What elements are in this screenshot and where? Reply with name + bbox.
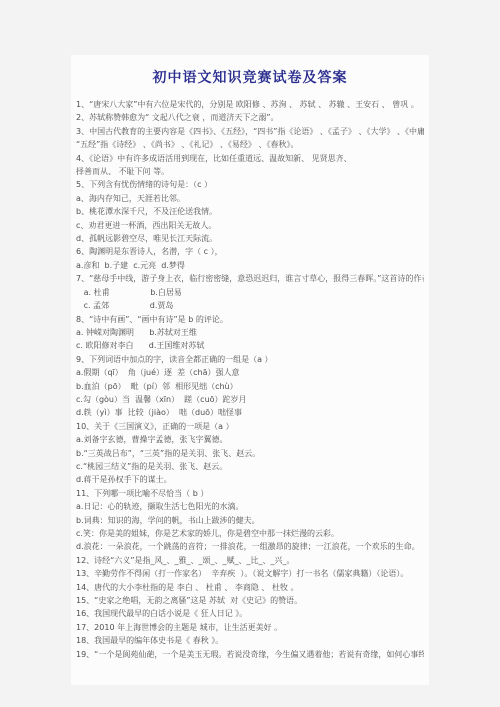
text-line: 14、唐代的大小李杜指的是 李白 、 杜甫 、 李商隐 、 杜牧 。 (76, 581, 424, 594)
text-line: c.笑：你是美的姐妹，你是艺术家的娇儿，你是碧空中那一抹烂漫的云彩。 (76, 527, 424, 540)
text-line: 9、下列词语中加点的字，读音全都正确的一组是（a ） (76, 353, 424, 366)
text-line: c.勾（gòu）当 温馨（xīn） 蹉（cuō）跎岁月 (76, 393, 424, 406)
text-line: 1、“唐宋八大家”中有六位是宋代的，分别是 欧阳修 、苏洵 、 苏轼 、 苏辙 … (76, 98, 424, 111)
text-line: b.“三英战吕布”，“三英”指的是关羽、张飞、赵云。 (76, 447, 424, 460)
text-line: d.浪花：一朵浪花，一个跳荡的音符；一排浪花，一组激昂的旋律；一江浪花，一个欢乐… (76, 540, 424, 553)
text-line: 3、中国古代教育的主要内容是《四书》、《五经》，“四书”指《论语》 、《孟子》 … (76, 125, 424, 138)
text-line: 6、陶渊明是东晋诗人，名潜，字（ c ）， (76, 245, 424, 258)
text-line: “五经”指《诗经》 、《尚书》 、《礼记》 、《易经》 、《春秋》。 (76, 138, 424, 151)
text-line: c. 欧阳修对李白 d.王国维对苏轼 (76, 339, 424, 352)
text-line: a.彦和 b.子建 c.元亮 d.梦得 (76, 259, 424, 272)
text-line: 7、“慈母手中线，游子身上衣，临行密密缝，意恐迟迟归，谁言寸草心，报得三春晖。”… (76, 272, 424, 285)
text-line: d、孤帆远影碧空尽，唯见长江天际流。 (76, 232, 424, 245)
text-line: c.“桃园三结义”指的是关羽、张飞、赵云。 (76, 460, 424, 473)
text-line: a、海内存知己，天涯若比邻。 (76, 192, 424, 205)
text-line: a.假期（qī） 角（jué）逐 差（chā）强人意 (76, 366, 424, 379)
text-line: a. 钟嵘对陶渊明 b.苏轼对王维 (76, 326, 424, 339)
page-title: 初中语文知识竞赛试卷及答案 (76, 67, 424, 87)
text-line: 15、“史家之绝唱，无韵之离骚”这是 苏轼 对《史记》的赞语。 (76, 594, 424, 607)
document-body: 1、“唐宋八大家”中有六位是宋代的，分别是 欧阳修 、苏洵 、 苏轼 、 苏辙 … (76, 98, 424, 661)
text-line: 2、苏轼称赞韩愈为“ 文起八代之衰 ，而道济天下之溺”。 (76, 111, 424, 124)
text-line: b.血泊（pō） 毗（pí）邻 相形见绌（chù） (76, 380, 424, 393)
text-line: 4、《论语》中有许多成语活用到现在，比如任重道远、温故知新、 见贤思齐、 (76, 152, 424, 165)
text-line: 11、下列哪一项比喻不尽恰当（ b ） (76, 487, 424, 500)
text-line: 5、下列含有忧伤情绪的诗句是：（c ） (76, 178, 424, 191)
text-line: 10、关于《三国演义》，正确的一项是（a ） (76, 420, 424, 433)
text-line: b.词典：知识的海，学问的帆，书山上跋涉的健夫。 (76, 514, 424, 527)
text-line: a. 杜甫 b.白居易 (76, 286, 424, 299)
text-line: c、劝君更进一杯酒，西出阳关无故人。 (76, 219, 424, 232)
text-line: b、桃花潭水深千尺，不及汪伦送我情。 (76, 205, 424, 218)
text-line: 12、诗经“六义”是指_风_、_雅_、_颂_、_赋_、_比_、_兴_。 (76, 554, 424, 567)
text-line: 8、“诗中有画”、“画中有诗”是 b 的评论。 (76, 313, 424, 326)
text-line: d.轶（yì）事 比较（jiào） 咄（duō）咄怪事 (76, 406, 424, 419)
text-line: a.日记：心的轨迹，撷取生活七色阳光的水滴。 (76, 500, 424, 513)
text-line: 择善而从、 不耻下问 等。 (76, 165, 424, 178)
text-line: c. 孟郊 d.贾岛 (76, 299, 424, 312)
text-line: 13、辛勤劳作不得闲（打一作家名） 辛弃疾 ）。（说文解字）打一书名（儒家典籍）… (76, 567, 424, 580)
text-line: 18、我国最早的编年体史书是《 春秋 》。 (76, 634, 424, 647)
text-line: 17、2010 年上海世博会的主题是 城市，让生活更美好 。 (76, 621, 424, 634)
text-line: a.刘备字玄德，曹操字孟德，张飞字翼德。 (76, 433, 424, 446)
text-line: 19、“一个是阆苑仙葩，一个是美玉无瑕。若说没奇缘，今生偏又遇着他；若说有奇缘，… (76, 648, 424, 661)
text-line: 16、我国现代最早的白话小说是《 狂人日记 》。 (76, 607, 424, 620)
text-line: d.蒋干是孙权手下的谋士。 (76, 473, 424, 486)
document-page: 初中语文知识竞赛试卷及答案 1、“唐宋八大家”中有六位是宋代的，分别是 欧阳修 … (71, 55, 429, 685)
